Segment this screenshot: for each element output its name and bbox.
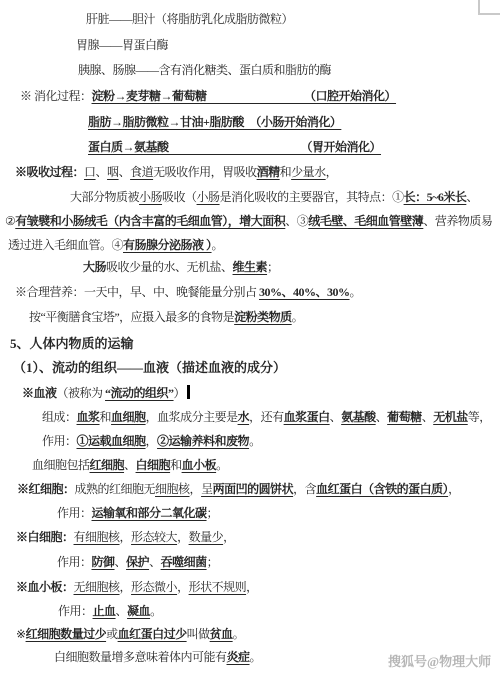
text-run: 血细胞: [111, 410, 146, 424]
text-run: 透过进入毛细血管。④: [8, 238, 123, 252]
doc-line: 蛋白质→氨基酸 （胃开始消化）: [88, 140, 381, 155]
text-run: ※ 消化过程：: [20, 89, 92, 103]
text-run: 组成：: [42, 410, 77, 424]
text-run: 。: [250, 650, 262, 664]
doc-line: 按“平衡膳食宝塔”，应摄入最多的食物是淀粉类物质。: [29, 310, 303, 325]
text-run: 、③: [285, 214, 308, 228]
text-run: ，: [223, 530, 235, 544]
text-run: 胰腺、肠腺——含有消化糖类、蛋白质和脂肪的酶: [78, 63, 331, 77]
text-run: 大部分物质被: [70, 190, 139, 204]
doc-line: 组成：血浆和血细胞，血浆成分主要是水，还有血浆蛋白、氨基酸、葡萄糖、无机盐等，: [42, 410, 491, 425]
doc-line: 白细胞数量增多意味着体内可能有炎症。: [54, 650, 261, 665]
text-run: 、: [124, 458, 136, 472]
text-run: 氨基酸: [341, 410, 376, 424]
text-run: 小肠: [197, 190, 220, 204]
text-run: “流动的组织”: [105, 386, 174, 400]
text-run: 数量少: [189, 530, 224, 544]
text-run: 。: [249, 434, 261, 448]
doc-line: 肝脏——胆汁（将脂肪乳化成脂肪微粒）: [86, 12, 293, 27]
text-run: 无吸收作用，胃吸收: [153, 165, 257, 179]
text-run: 、: [422, 410, 434, 424]
text-run: 。: [216, 458, 228, 472]
text-run: ，: [120, 530, 132, 544]
text-run: ，含: [293, 482, 316, 496]
doc-line: ※ 消化过程：淀粉→麦芽糖→葡萄糖 （口腔开始消化）: [20, 89, 396, 104]
text-run: 长：5~6米长: [404, 190, 467, 204]
text-run: 维生素: [233, 260, 268, 274]
text-run: 咽: [107, 165, 119, 179]
text-run: 葡萄糖: [387, 410, 422, 424]
text-run: 蛋白质→氨基酸 （胃开始消化）: [88, 140, 381, 154]
doc-line: 透过进入毛细血管。④有肠腺分泌肠液 ）。: [8, 238, 223, 253]
doc-line: ※合理营养：一天中，早、中、晚餐能量分别占 30%、40%、30%。: [15, 285, 361, 300]
text-run: 肝脏——胆汁（将脂肪乳化成脂肪微粒）: [86, 12, 293, 26]
text-run: ※: [16, 627, 26, 641]
text-run: 形态较大: [131, 530, 177, 544]
doc-line: 作用：①运载血细胞，②运输养料和废物。: [42, 434, 261, 449]
doc-line: 作用：运输氧和部分二氧化碳；: [57, 506, 218, 521]
doc-line: ※红细胞：成熟的红细胞无细胞核，呈两面凹的圆饼状，含血红蛋白（含铁的蛋白质），: [17, 482, 460, 497]
text-run: 血细胞包括: [32, 458, 90, 472]
text-run: 绒毛壁、毛细血管壁薄: [308, 214, 423, 228]
text-run: ※吸收过程：: [15, 165, 84, 179]
doc-line: 脂肪→脂肪微粒→甘油+脂肪酸 （小肠开始消化）: [88, 115, 341, 130]
doc-line: ※红细胞数量过少或血红蛋白过少叫做贫血。: [16, 627, 244, 642]
doc-line: 胃腺——胃蛋白酶: [76, 38, 168, 53]
text-run: 白细胞: [136, 458, 171, 472]
text-run: （被称为: [57, 386, 106, 400]
text-run: 无细胞核: [74, 580, 120, 594]
text-run: 形态微小: [131, 580, 177, 594]
text-run: 口: [84, 165, 96, 179]
text-run: 胃腺——胃蛋白酶: [76, 38, 168, 52]
doc-line: 大肠吸收少量的水、无机盐、维生素；: [83, 260, 279, 275]
text-run: 等，: [468, 410, 491, 424]
text-run: 吸收少量的水、无机盐、: [106, 260, 233, 274]
doc-line: ※吸收过程：口、咽、食道无吸收作用，胃吸收酒精和少量水，: [15, 165, 337, 180]
text-run: 大肠: [83, 260, 106, 274]
text-run: ，: [177, 580, 189, 594]
text-run: 、: [149, 555, 161, 569]
text-run: 5、人体内物质的运输: [10, 336, 134, 351]
text-run: 食道: [130, 165, 153, 179]
text-run: ，: [190, 482, 202, 496]
text-run: 无机盐: [433, 410, 468, 424]
doc-line: ※白细胞：有细胞核，形态较大，数量少，: [16, 530, 235, 545]
text-run: 或: [106, 627, 118, 641]
text-run: ；: [207, 506, 219, 520]
text-run: 。: [212, 238, 224, 252]
text-run: 有皱襞和小肠绒毛（内含丰富的毛细血管），增大面积: [15, 214, 285, 228]
text-run: ※血小板：: [16, 580, 74, 594]
text-run: ②: [5, 214, 15, 228]
text-run: （1）、流动的组织——血液（描述血液的成分）: [13, 360, 286, 375]
text-run: ，血浆成分主要是: [146, 410, 238, 424]
text-run: 红细胞: [90, 458, 125, 472]
text-run: 和: [280, 165, 292, 179]
watermark: 搜狐号@物理大师: [388, 651, 491, 670]
text-run: 贫血: [210, 627, 233, 641]
text-run: 。: [350, 285, 362, 299]
text-run: 形状不规则: [189, 580, 247, 594]
text-run: 吞噬细菌: [161, 555, 207, 569]
text-run: 止血: [93, 604, 116, 618]
text-run: 少量水: [291, 165, 326, 179]
text-run: ，: [448, 482, 460, 496]
text-run: ，: [177, 530, 189, 544]
doc-line: 作用：防御、保护、吞噬细菌；: [57, 555, 218, 570]
text-run: 小肠: [139, 190, 162, 204]
text-run: 炎症: [227, 650, 250, 664]
text-run: ②运输养料和废物: [157, 434, 249, 448]
text-run: ）: [174, 386, 186, 400]
text-run: 作用：: [58, 604, 93, 618]
text-run: 叫做: [187, 627, 210, 641]
text-run: 血红蛋白（含铁的蛋白质）: [316, 482, 448, 496]
doc-line: ②有皱襞和小肠绒毛（内含丰富的毛细血管），增大面积、③绒毛壁、毛细血管壁薄、营养…: [5, 214, 492, 229]
text-run: 红细胞数量过少: [26, 627, 107, 641]
text-run: ，: [246, 580, 258, 594]
text-run: ※红细胞：: [17, 482, 75, 496]
textbox-corner-fragment: [478, 0, 500, 15]
text-run: 。: [150, 604, 162, 618]
text-run: 两面凹的圆饼状: [213, 482, 294, 496]
text-run: 细胞核: [155, 482, 190, 496]
doc-line: 血细胞包括红细胞、白细胞和血小板。: [32, 458, 228, 473]
text-run: 和: [100, 410, 112, 424]
text-run: 血浆蛋白: [284, 410, 330, 424]
text-run: ※血液: [22, 386, 57, 400]
text-run: 血红蛋白过少: [118, 627, 187, 641]
text-run: 酒精: [257, 165, 280, 179]
text-run: 作用：: [42, 434, 77, 448]
text-run: ①运载血细胞: [77, 434, 146, 448]
text-run: 作用：: [57, 506, 92, 520]
doc-line: ※血液（被称为 “流动的组织”）: [22, 385, 190, 401]
text-run: 按“平衡膳食宝塔”，应摄入最多的食物是: [29, 310, 234, 324]
text-run: 脂肪→脂肪微粒→甘油+脂肪酸 （小肠开始消化）: [88, 115, 341, 129]
text-run: 。: [292, 310, 304, 324]
text-run: 血浆: [77, 410, 100, 424]
text-run: 呈: [201, 482, 213, 496]
doc-line: 胰腺、肠腺——含有消化糖类、蛋白质和脂肪的酶: [78, 63, 331, 78]
text-run: 、: [116, 604, 128, 618]
text-run: 30%、40%、30%: [259, 285, 350, 299]
text-cursor-caret: [187, 385, 190, 399]
text-run: 防御: [92, 555, 115, 569]
text-run: ※合理营养：一天中，早、中、晚餐能量分别占: [15, 285, 259, 299]
text-run: 、: [376, 410, 388, 424]
text-run: 凝血: [127, 604, 150, 618]
text-run: 、: [330, 410, 342, 424]
text-run: ，: [146, 434, 158, 448]
text-run: ，: [326, 165, 338, 179]
text-run: 、: [119, 165, 131, 179]
text-run: 保护: [126, 555, 149, 569]
doc-line: 作用：止血、凝血。: [58, 604, 162, 619]
text-run: ，还有: [249, 410, 284, 424]
text-run: 淀粉→麦芽糖→葡萄糖 （口腔开始消化）: [92, 89, 397, 103]
text-run: ；: [207, 555, 219, 569]
subsection-heading: （1）、流动的组织——血液（描述血液的成分）: [13, 360, 286, 375]
text-run: 、: [96, 165, 108, 179]
text-run: 作用：: [57, 555, 92, 569]
text-run: 有细胞核: [74, 530, 120, 544]
text-run: 有肠腺分泌肠液 ）: [123, 238, 212, 252]
text-run: ，: [120, 580, 132, 594]
text-run: 水: [238, 410, 250, 424]
text-run: 运输氧和部分二氧化碳: [92, 506, 207, 520]
doc-line: 大部分物质被小肠吸收（小肠是消化吸收的主要器官，其特点：①长：5~6米长、: [70, 190, 478, 205]
text-run: 、营养物质易: [423, 214, 492, 228]
text-run: ；: [267, 260, 279, 274]
text-run: 白细胞数量增多意味着体内可能有: [54, 650, 227, 664]
text-run: 淀粉类物质: [234, 310, 292, 324]
text-run: 。: [233, 627, 245, 641]
text-run: 吸收（: [162, 190, 197, 204]
section-heading: 5、人体内物质的运输: [10, 336, 134, 351]
text-run: 是消化吸收的主要器官，其特点：①: [220, 190, 404, 204]
text-run: 、: [115, 555, 127, 569]
text-run: ※白细胞：: [16, 530, 74, 544]
document-page[interactable]: 肝脏——胆汁（将脂肪乳化成脂肪微粒） 胃腺——胃蛋白酶 胰腺、肠腺——含有消化糖…: [0, 0, 500, 678]
text-run: 血小板: [182, 458, 217, 472]
text-run: 成熟的红细胞无: [75, 482, 156, 496]
doc-line: ※血小板：无细胞核，形态微小，形状不规则，: [16, 580, 258, 595]
text-run: 和: [170, 458, 182, 472]
text-run: 、: [466, 190, 478, 204]
